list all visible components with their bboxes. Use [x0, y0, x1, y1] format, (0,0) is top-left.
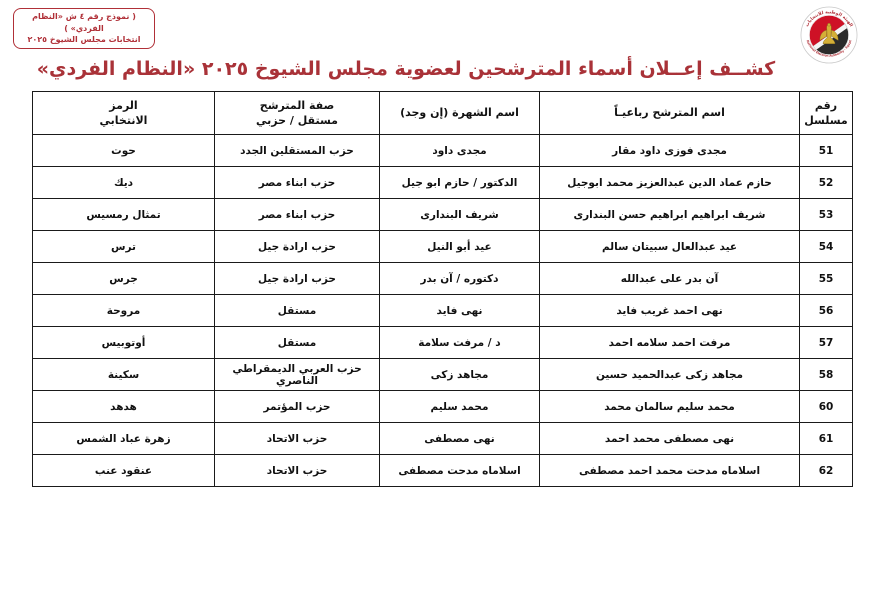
- document-page: { "page": { "title": "كشــف إعــلان أسما…: [0, 0, 886, 596]
- alias-cell: الدكتور / حازم ابو جيل: [380, 167, 540, 199]
- serial-cell: 62: [800, 455, 853, 487]
- header-candidate-name: اسم المترشح رباعيـاً: [540, 92, 800, 135]
- table-row: 53شريف ابراهيم ابراهيم حسن البندارىشريف …: [33, 199, 853, 231]
- symbol-cell: حوت: [33, 135, 215, 167]
- alias-cell: مجاهد زكى: [380, 359, 540, 391]
- table-row: 56نهى احمد غريب فايدنهى فايدمستقلمروحة: [33, 295, 853, 327]
- alias-cell: محمد سليم: [380, 391, 540, 423]
- alias-cell: عيد أبو النيل: [380, 231, 540, 263]
- symbol-cell: مروحة: [33, 295, 215, 327]
- capacity-cell: حزب الاتحاد: [215, 455, 380, 487]
- serial-cell: 52: [800, 167, 853, 199]
- symbol-cell: عنقود عنب: [33, 455, 215, 487]
- candidate-name-cell: آن بدر على عبدالله: [540, 263, 800, 295]
- candidate-name-cell: اسلاماه مدحت محمد احمد مصطفى: [540, 455, 800, 487]
- capacity-cell: حزب ارادة جيل: [215, 231, 380, 263]
- symbol-cell: ترس: [33, 231, 215, 263]
- alias-cell: د / مرفت سلامة: [380, 327, 540, 359]
- symbol-cell: ديك: [33, 167, 215, 199]
- symbol-cell: سكينة: [33, 359, 215, 391]
- candidates-tbody: 51مجدى فوزى داود مقارمجدى داودحزب المستق…: [33, 135, 853, 487]
- alias-cell: شريف البندارى: [380, 199, 540, 231]
- serial-cell: 57: [800, 327, 853, 359]
- capacity-cell: حزب ابناء مصر: [215, 199, 380, 231]
- eagle-flag-emblem-icon: الهيئة الوطنية للانتخابات National Elect…: [800, 6, 858, 64]
- candidate-name-cell: نهى مصطفى محمد احمد: [540, 423, 800, 455]
- capacity-cell: مستقل: [215, 327, 380, 359]
- alias-cell: نهى مصطفى: [380, 423, 540, 455]
- form-number-stamp: ( نموذج رقم ٤ ش «النظام الفردي» ) انتخاب…: [13, 8, 155, 49]
- serial-cell: 60: [800, 391, 853, 423]
- serial-cell: 61: [800, 423, 853, 455]
- candidate-name-cell: مجاهد زكى عبدالحميد حسين: [540, 359, 800, 391]
- header-candidate-capacity: صفة المترشح مستقل / حزبي: [215, 92, 380, 135]
- table-row: 52حازم عماد الدين عبدالعزيز محمد ابوجيلا…: [33, 167, 853, 199]
- symbol-cell: تمثال رمسيس: [33, 199, 215, 231]
- header-electoral-symbol: الرمز الانتخابي: [33, 92, 215, 135]
- candidate-name-cell: محمد سليم سالمان محمد: [540, 391, 800, 423]
- alias-cell: دكتوره / آن بدر: [380, 263, 540, 295]
- table-row: 62اسلاماه مدحت محمد احمد مصطفىاسلاماه مد…: [33, 455, 853, 487]
- national-election-authority-logo: الهيئة الوطنية للانتخابات National Elect…: [800, 6, 858, 64]
- capacity-cell: حزب الاتحاد: [215, 423, 380, 455]
- symbol-cell: جرس: [33, 263, 215, 295]
- serial-cell: 55: [800, 263, 853, 295]
- candidate-name-cell: شريف ابراهيم ابراهيم حسن البندارى: [540, 199, 800, 231]
- election-name-line: انتخابات مجلس الشيوخ ٢٠٢٥: [18, 34, 150, 46]
- table-row: 55آن بدر على عبداللهدكتوره / آن بدرحزب ا…: [33, 263, 853, 295]
- table-row: 61نهى مصطفى محمد احمدنهى مصطفىحزب الاتحا…: [33, 423, 853, 455]
- table-row: 57مرفت احمد سلامه احمدد / مرفت سلامةمستق…: [33, 327, 853, 359]
- table-row: 51مجدى فوزى داود مقارمجدى داودحزب المستق…: [33, 135, 853, 167]
- header-alias-name: اسم الشهرة (إن وجد): [380, 92, 540, 135]
- candidate-name-cell: عيد عبدالعال سبيتان سالم: [540, 231, 800, 263]
- serial-cell: 56: [800, 295, 853, 327]
- capacity-cell: حزب العربي الديمقراطي الناصري: [215, 359, 380, 391]
- symbol-cell: أوتوبيس: [33, 327, 215, 359]
- table-header-row: رقم مسلسل اسم المترشح رباعيـاً اسم الشهر…: [33, 92, 853, 135]
- capacity-cell: حزب ارادة جيل: [215, 263, 380, 295]
- form-number-line: ( نموذج رقم ٤ ش «النظام الفردي» ): [18, 11, 150, 34]
- capacity-cell: مستقل: [215, 295, 380, 327]
- table-row: 60محمد سليم سالمان محمدمحمد سليمحزب المؤ…: [33, 391, 853, 423]
- capacity-cell: حزب المؤتمر: [215, 391, 380, 423]
- page-title: كشــف إعــلان أسماء المترشحين لعضوية مجل…: [0, 58, 849, 80]
- serial-cell: 53: [800, 199, 853, 231]
- alias-cell: اسلاماه مدحت مصطفى: [380, 455, 540, 487]
- alias-cell: مجدى داود: [380, 135, 540, 167]
- table-row: 54عيد عبدالعال سبيتان سالمعيد أبو النيلح…: [33, 231, 853, 263]
- symbol-cell: هدهد: [33, 391, 215, 423]
- symbol-cell: زهرة عباد الشمس: [33, 423, 215, 455]
- serial-cell: 58: [800, 359, 853, 391]
- capacity-cell: حزب ابناء مصر: [215, 167, 380, 199]
- serial-cell: 51: [800, 135, 853, 167]
- alias-cell: نهى فايد: [380, 295, 540, 327]
- candidate-name-cell: حازم عماد الدين عبدالعزيز محمد ابوجيل: [540, 167, 800, 199]
- header-serial-number: رقم مسلسل: [800, 92, 853, 135]
- table-row: 58مجاهد زكى عبدالحميد حسينمجاهد زكىحزب ا…: [33, 359, 853, 391]
- serial-cell: 54: [800, 231, 853, 263]
- candidate-name-cell: مجدى فوزى داود مقار: [540, 135, 800, 167]
- capacity-cell: حزب المستقلين الجدد: [215, 135, 380, 167]
- candidates-table: رقم مسلسل اسم المترشح رباعيـاً اسم الشهر…: [32, 91, 853, 487]
- candidate-name-cell: مرفت احمد سلامه احمد: [540, 327, 800, 359]
- candidate-name-cell: نهى احمد غريب فايد: [540, 295, 800, 327]
